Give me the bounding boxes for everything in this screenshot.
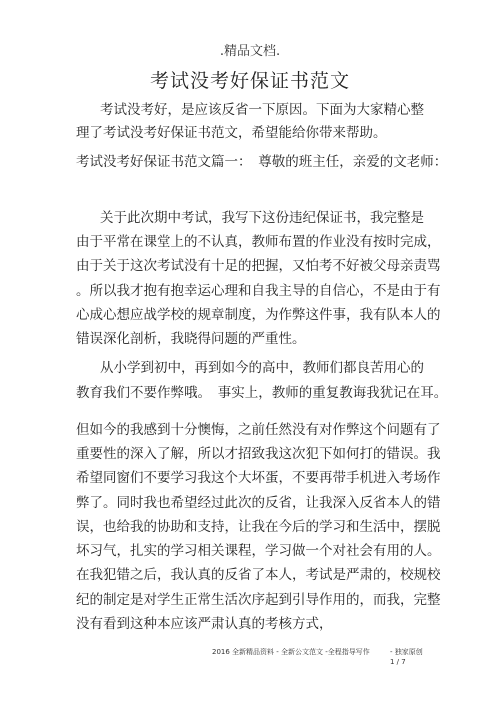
body-text-line: 坏习气，扎实的学习相关课程，学习做一个对社会有用的人。 (76, 539, 441, 559)
body-text-line: 弊了。同时我也希望经过此次的反省，让我深入反省本人的错 (76, 491, 441, 511)
page-number: 1 / 7 (390, 658, 406, 666)
document-footer: 2016 全新精品资料 - 全新公文范文 -全程指导写作 - 独家原创 (212, 647, 423, 657)
body-text-line: 但如今的我感到十分懊悔，之前任然没有对作弊这个问题有了 (76, 418, 441, 438)
body-text-line: 错误深化剖析，我晓得问题的严重性。 (76, 327, 306, 347)
document-header: .精品文档. (0, 40, 500, 59)
body-text-line: 关于此次期中考试，我写下这份违纪保证书，我完整是 (100, 206, 424, 226)
body-text-line: 希望同窗们不要学习我这个大坏蛋，不要再带手机进入考场作 (76, 466, 441, 486)
body-text-line: 没有看到这种本应该严肃认真的考核方式， (76, 612, 333, 632)
body-text-line: 从小学到初中，再到如今的高中，教师们都良苦用心的 (100, 356, 424, 376)
body-text-line: 心成心想应战学校的规章制度，为作弊这件事，我有队本人的 (76, 303, 441, 323)
body-text-line: 由于平常在课堂上的不认真，教师布置的作业没有按时完成， (76, 230, 441, 250)
footer-source: - 独家原创 (390, 648, 423, 656)
body-text-line: 重要性的深入了解，所以才招致我这次犯下如何打的错误。我 (76, 442, 441, 462)
body-text-line: 在我犯错之后，我认真的反省了本人，考试是严肃的，校规校 (76, 563, 441, 583)
body-text-line: 。所以我才抱有抱幸运心理和自我主导的自信心，不是由于有 (76, 279, 441, 299)
body-text-line: 由于关于这次考试没有十足的把握，又怕考不好被父母亲责骂 (76, 254, 441, 274)
document-title: 考试没考好保证书范文 (0, 66, 500, 93)
body-text-line: 理了考试没考好保证书范文，希望能给你带来帮助。 (76, 121, 387, 141)
body-text-line: 教育我们不要作弊哦。 事实上，教师的重复教诲我犹记在耳。 (76, 381, 447, 401)
body-text-line: 考试没考好，是应该反省一下原因。下面为大家精心整 (100, 98, 424, 118)
footer-text: 2016 全新精品资料 - 全新公文范文 -全程指导写作 (212, 648, 370, 656)
body-text-line: 纪的制定是对学生正常生活次序起到引导作用的，而我，完整 (76, 588, 441, 608)
body-text-line: 误，也给我的协助和支持，让我在今后的学习和生活中，摆脱 (76, 515, 441, 535)
body-text-line: 考试没考好保证书范文篇一： 尊敬的班主任，亲爱的文老师： (76, 150, 447, 170)
